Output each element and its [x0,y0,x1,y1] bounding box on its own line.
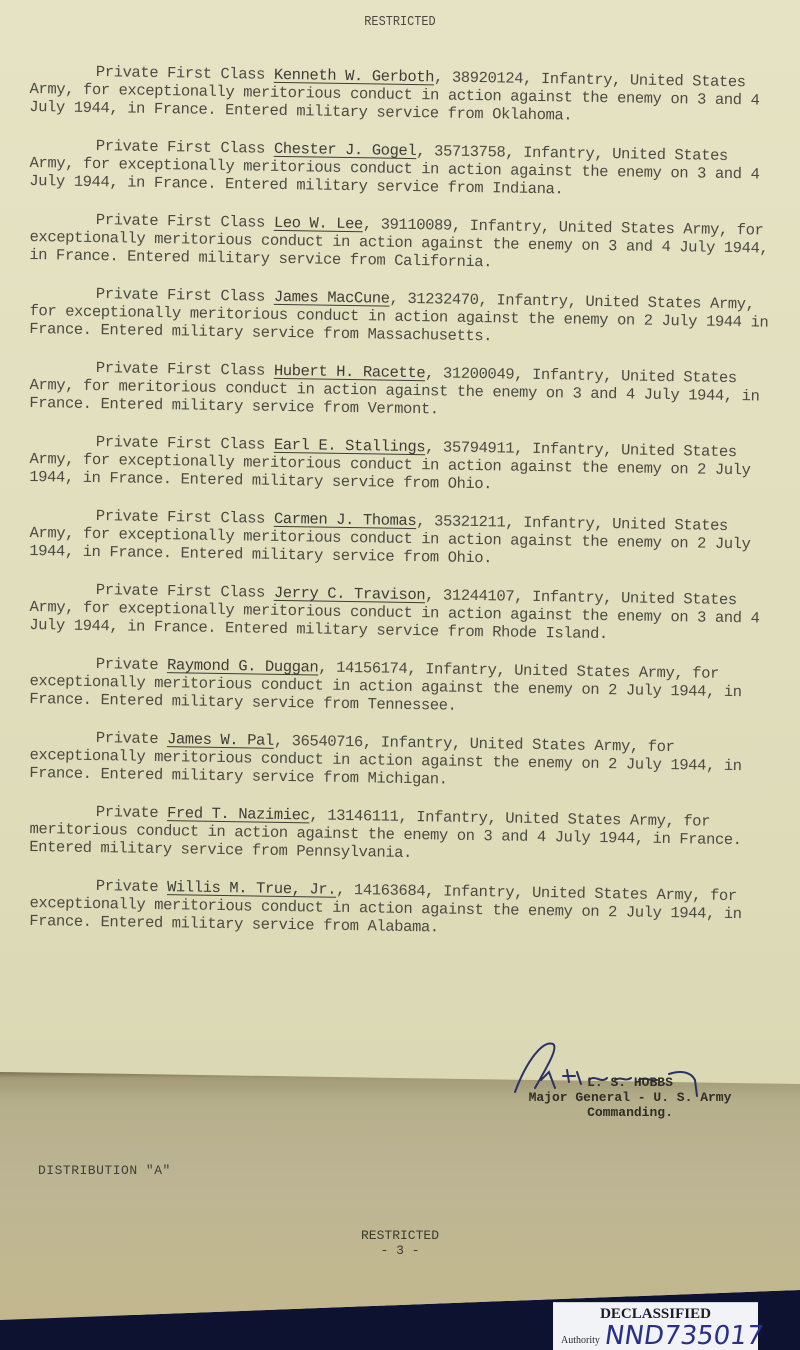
signature-block: L. S. HOBBS Major General - U. S. Army C… [510,1075,750,1120]
rank: Private [96,877,159,896]
paragraph-indent [30,297,96,298]
soldier-name: Leo W. Lee [274,214,363,233]
citation-entry: Private First Class Chester J. Gogel, 35… [29,136,770,202]
serial-number: 14163684 [354,881,425,900]
paragraph-indent [30,445,96,446]
paragraph-indent [30,223,96,224]
citation-entry: Private James W. Pal, 36540716, Infantry… [29,728,770,794]
soldier-name: Carmen J. Thomas [274,510,417,530]
signer-role: Commanding. [510,1105,750,1120]
paragraph-indent [30,889,96,890]
citation-entry: Private First Class Carmen J. Thomas, 35… [29,506,770,572]
soldier-name: Chester J. Gogel [274,140,417,160]
citation-entry: Private Willis M. True, Jr., 14163684, I… [29,876,770,942]
citation-entry: Private First Class Leo W. Lee, 39110089… [29,210,770,276]
paragraph-indent [30,519,96,520]
soldier-name: Jerry C. Travison [274,584,426,604]
paragraph-indent [30,741,96,742]
page-number: - 3 - [355,1243,445,1258]
citation-entry: Private First Class Jerry C. Travison, 3… [29,580,770,646]
citation-entry: Private First Class Kenneth W. Gerboth, … [29,62,770,128]
serial-number: 31232470 [407,290,478,309]
classification-footer: RESTRICTED [355,1228,445,1243]
soldier-name: James MacCune [274,288,390,308]
entered-from: Entered military service from Ohio. [180,470,492,493]
rank: Private [96,803,159,822]
paragraph-indent [30,667,96,668]
serial-number: 31200049 [443,364,514,383]
soldier-name: James W. Pal [167,730,274,750]
citation-entry: Private First Class Hubert H. Racette, 3… [29,358,770,424]
citation-list: Private First Class Kenneth W. Gerboth, … [30,62,770,950]
rank: Private [96,729,159,748]
serial-number: 36540716 [292,732,363,751]
citation-entry: Private Fred T. Nazimiec, 13146111, Infa… [29,802,770,868]
soldier-name: Hubert H. Racette [274,362,426,382]
paragraph-indent [30,593,96,594]
signer-name: L. S. HOBBS [510,1075,750,1090]
paragraph-indent [30,149,96,150]
soldier-name: Raymond G. Duggan [167,656,319,676]
signer-title: Major General - U. S. Army [510,1090,750,1105]
citation-entry: Private First Class James MacCune, 31232… [29,284,770,350]
authority-label: Authority [561,1335,600,1346]
paragraph-indent [30,815,96,816]
rank: Private [96,655,159,674]
serial-number: 38920124 [452,69,523,88]
serial-number: 35713758 [434,142,505,161]
distribution-line: DISTRIBUTION "A" [38,1163,171,1178]
paragraph-indent [30,75,96,76]
serial-number: 35321211 [434,512,505,531]
serial-number: 14156174 [336,659,407,678]
page-footer: RESTRICTED - 3 - [355,1228,445,1258]
citation-entry: Private First Class Earl E. Stallings, 3… [29,432,770,498]
soldier-name: Fred T. Nazimiec [167,804,310,824]
paragraph-indent [30,371,96,372]
classification-header: RESTRICTED [60,14,740,30]
serial-number: 39110089 [381,216,452,235]
citation-entry: Private Raymond G. Duggan, 14156174, Inf… [29,654,770,720]
serial-number: 13146111 [327,807,398,826]
soldier-name: Earl E. Stallings [274,436,426,456]
serial-number: 31244107 [443,586,514,605]
declassified-stamp: DECLASSIFIED Authority NND735017 [553,1302,758,1350]
authority-value: NND735017 [603,1321,765,1350]
entered-from: Entered military service from Ohio. [180,544,492,567]
serial-number: 35794911 [443,438,514,457]
